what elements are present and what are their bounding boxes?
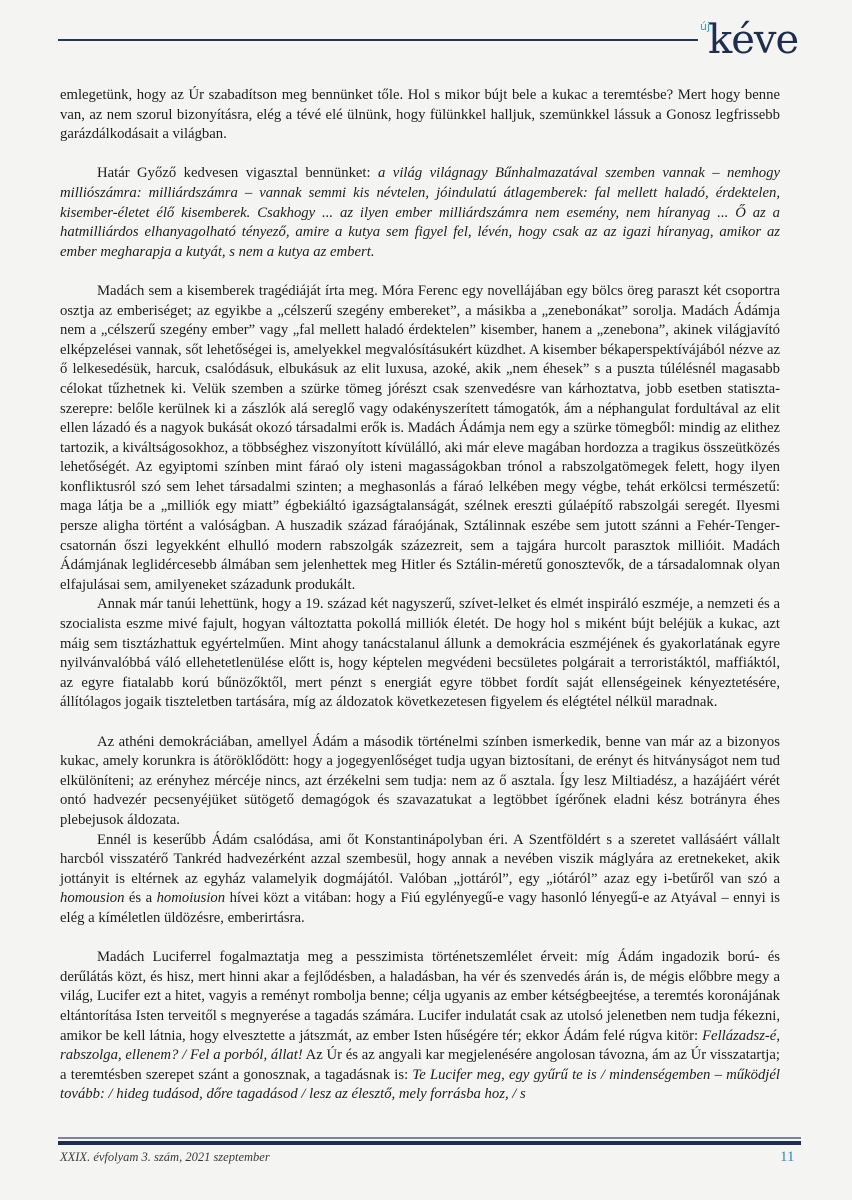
text-segment: Ennél is keserűbb Ádám csalódása, ami őt…	[60, 832, 780, 887]
text-segment: emlegetünk, hogy az Úr szabadítson meg b…	[60, 87, 780, 142]
italic-quote: homousion	[60, 890, 124, 906]
text-segment: Határ Győző kedvesen vigasztal bennünket…	[97, 165, 378, 181]
logo-title: kéve	[708, 20, 798, 60]
footer-rule-thin	[58, 1137, 801, 1139]
paragraph: emlegetünk, hogy az Úr szabadítson meg b…	[60, 86, 780, 145]
italic-quote: homoiusion	[157, 890, 226, 906]
paragraph: Ennél is keserűbb Ádám csalódása, ami őt…	[60, 831, 780, 929]
text-segment: Madách sem a kisemberek tragédiáját írta…	[60, 283, 780, 593]
paragraph: Határ Győző kedvesen vigasztal bennünket…	[60, 164, 780, 262]
paragraph: Madách Luciferrel fogalmaztatja meg a pe…	[60, 948, 780, 1105]
paragraph: Az athéni demokráciában, amellyel Ádám a…	[60, 733, 780, 831]
article-body: emlegetünk, hogy az Úr szabadítson meg b…	[60, 86, 780, 1105]
paragraph: Annak már tanúi lehettünk, hogy a 19. sz…	[60, 595, 780, 713]
text-segment: és a	[124, 890, 156, 906]
issue-info: XXIX. évfolyam 3. szám, 2021 szeptember	[60, 1150, 270, 1165]
text-segment: Madách Luciferrel fogalmaztatja meg a pe…	[60, 949, 780, 1043]
footer-rule-thick	[58, 1141, 801, 1145]
text-segment: Az athéni demokráciában, amellyel Ádám a…	[60, 734, 780, 828]
text-segment: Annak már tanúi lehettünk, hogy a 19. sz…	[60, 596, 780, 710]
header-rule	[58, 39, 698, 41]
paragraph: Madách sem a kisemberek tragédiáját írta…	[60, 282, 780, 596]
page-number: 11	[780, 1149, 794, 1166]
